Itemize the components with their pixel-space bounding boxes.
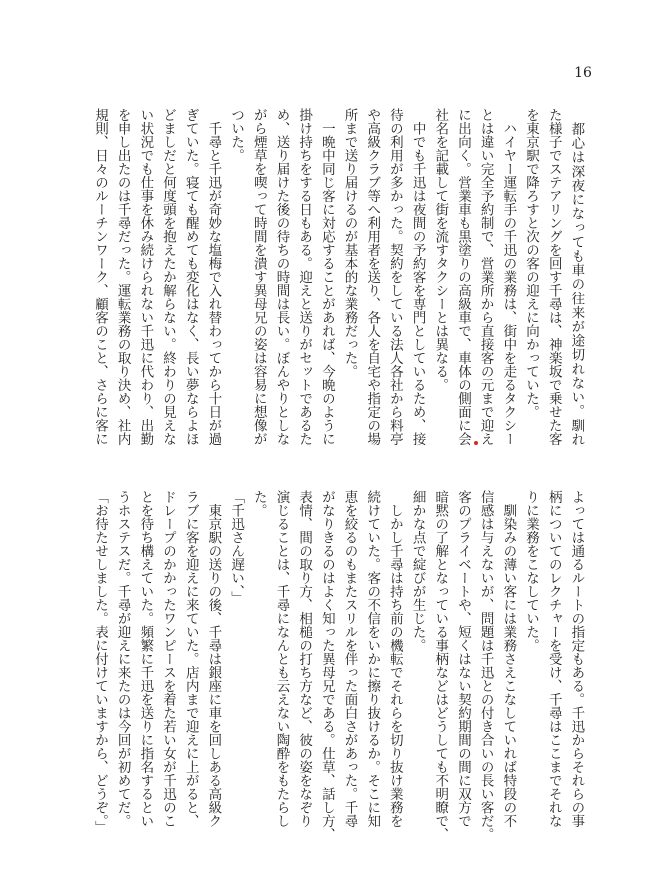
text-column: 柄についてのレクチャーを受け、千尋はここまでそれな <box>542 490 565 828</box>
text-column: りに業務をこなしていた。 <box>519 490 542 828</box>
text-column: がなりきるのはよく知った異母兄である。仕草、話し方、 <box>315 490 338 828</box>
text-column: ハイヤー運転手の千迅の業務は、街中を走るタクシー <box>497 108 520 446</box>
text-column: や高級クラブ等へ利用者を送り、各人を自宅や指定の場 <box>361 108 384 446</box>
text-block-top: 都心は深夜になっても車の往来が途切れない。馴れ た様子でステアリングを回す千尋は… <box>88 108 587 446</box>
text-column: しかし千尋は持ち前の機転でそれらを切り抜け業務を <box>383 490 406 828</box>
text-column: 一晩中同じ客に対応することがあれば、今晩のように <box>315 108 338 446</box>
text-column: とを待ち構えていた。頻繁に千迅を送りに指名するとい <box>134 490 157 828</box>
text-column: 中でも千迅は夜間の予約客を専門としているため、接 <box>406 108 429 446</box>
text-block-bottom: よっては通るルートの指定もある。千迅からそれらの事 柄についてのレクチャーを受け… <box>88 490 587 828</box>
text-column: 待の利用が多かった。契約をしている法人各社から料亭 <box>383 108 406 446</box>
text-column: 掛け持ちをする日もある。迎えと送りがセットであるた <box>292 108 315 446</box>
text-column: を申し出たのは千尋だった。運転業務の取り決め、社内 <box>111 108 134 446</box>
text-column: 客のプライベートや、短くはない契約期間の間に双方で <box>451 490 474 828</box>
text-column: 千尋と千迅が奇妙な塩梅で入れ替わってから十日が過 <box>202 108 225 446</box>
text-column: 「千迅さん遅い、」 <box>224 490 247 828</box>
text-column: ドレープのかかったワンピースを着た若い女が千迅のこ <box>156 490 179 828</box>
text-column: め、送り届けた後の待ちの時間は長い。ぼんやりとしな <box>270 108 293 446</box>
text-column: を東京駅で降ろすと次の客の迎えに向かっていた。 <box>519 108 542 446</box>
text-column: 都心は深夜になっても車の往来が途切れない。馴れ <box>565 108 588 446</box>
text-column: ついた。 <box>224 108 247 446</box>
text-column: 信感は与えないが、問題は千迅との付き合いの長い客だ。 <box>474 490 497 828</box>
text-column: 演じることは、千尋になんとも云えない陶酔をもたらし <box>270 490 293 828</box>
text-column: よっては通るルートの指定もある。千迅からそれらの事 <box>565 490 588 828</box>
text-column: がら煙草を喫って時間を潰す異母兄の姿は容易に想像が <box>247 108 270 446</box>
text-column: ぎていた。寝ても醒めても変化はなく、長い夢ならよほ <box>179 108 202 446</box>
text-column: 「お待たせしました。表に付けていますから、どうぞ。」 <box>88 490 111 828</box>
text-column: ラブに客を迎えに来ていた。店内まで迎えに上がると、 <box>179 490 202 828</box>
text-column: 続けていた。客の不信をいかに擦り抜けるか。そこに知 <box>361 490 384 828</box>
text-column: うホステスだ。千尋が迎えに来たのは今回が初めてだ。 <box>111 490 134 828</box>
text-column: 恵を絞るのもまたスリルを伴った面白さがあった。千尋 <box>338 490 361 828</box>
text-column: とは違い完全予約制で、営業所から直接客の元まで迎え <box>474 108 497 446</box>
text-column: 細かな点で綻びが生じた。 <box>406 490 429 828</box>
text-column: 馴染みの薄い客には業務さえこなしていれば特段の不 <box>497 490 520 828</box>
text-column: どましだと何度頭を抱えたか解らない。終わりの見えな <box>156 108 179 446</box>
red-marker-dot-icon <box>474 441 478 445</box>
text-column: に出向く。営業車も黒塗りの高級車で、車体の側面に会 <box>451 108 474 446</box>
text-column: い状況でも仕事を休み続けられない千迅に代わり、出勤 <box>134 108 157 446</box>
text-column: た様子でステアリングを回す千尋は、神楽坂で乗せた客 <box>542 108 565 446</box>
text-column: 暗黙の了解となっている事柄などはどうしても不明瞭で、 <box>429 490 452 828</box>
text-column: 社名を記載して街を流すタクシーとは異なる。 <box>429 108 452 446</box>
text-column: 所まで送り届けるのが基本的な業務だった。 <box>338 108 361 446</box>
page-number: 16 <box>571 64 595 82</box>
text-column: た。 <box>247 490 270 828</box>
document-page: 16 都心は深夜になっても車の往来が途切れない。馴れ た様子でステアリングを回す… <box>0 0 662 881</box>
text-column: 規則、日々のルーチンワーク、顧客のこと、さらに客に <box>88 108 111 446</box>
text-column: 表情、間の取り方、相槌の打ち方など、彼の姿をなぞり <box>292 490 315 828</box>
text-column: 東京駅の送りの後、千尋は銀座に車を回しある高級ク <box>202 490 225 828</box>
